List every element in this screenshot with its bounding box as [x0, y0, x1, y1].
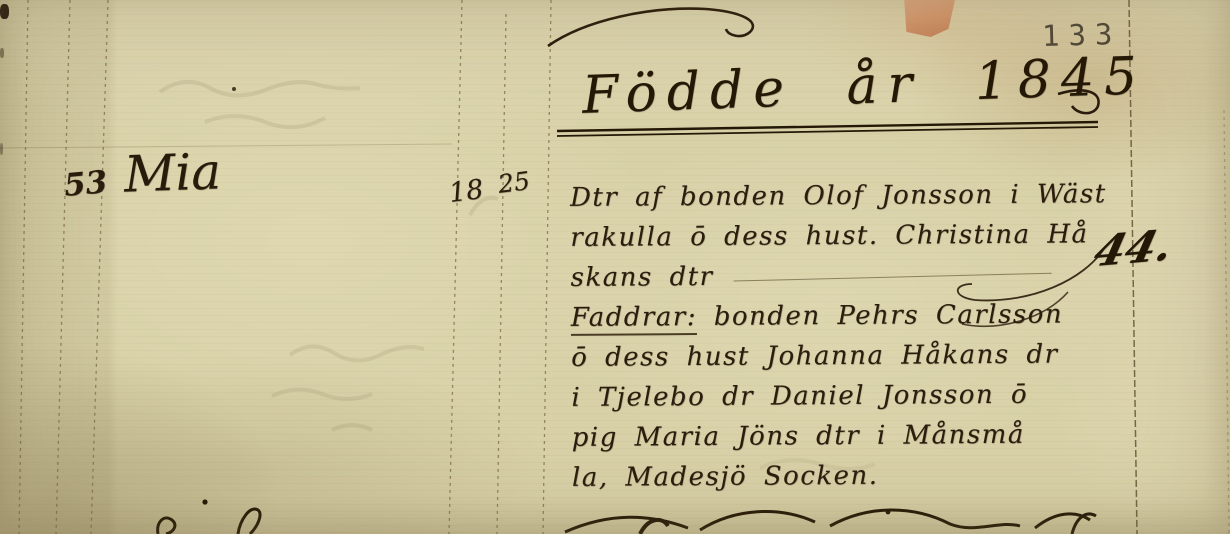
- header-flourish: [548, 9, 753, 46]
- entry-child-name: Mia: [123, 142, 222, 203]
- record-line-3-text: skans dtr: [570, 262, 713, 293]
- filler-dash: [734, 272, 1052, 281]
- record-line-4: Faddrar: bonden Pehrs Carlsson: [571, 294, 1119, 338]
- record-line-7: pig Maria Jöns dtr i Månsmå: [572, 414, 1120, 458]
- record-line-8: la, Madesjö Socken.: [572, 454, 1120, 498]
- entry-date-day: 25: [496, 166, 531, 199]
- faddrar-label: Faddrar:: [571, 302, 697, 336]
- record-line-5: ō dess hust Johanna Håkans dr: [571, 334, 1119, 378]
- scanned-birth-register-page: 133 Födde år 1845 53 Mia 18 25 44. Dtr a…: [0, 0, 1230, 534]
- record-line-6: i Tjelebo dr Daniel Jonsson ō: [571, 374, 1119, 418]
- entry-row-number: 53: [63, 164, 109, 204]
- title-underline: [557, 122, 1098, 136]
- ink-speck: [0, 48, 4, 58]
- record-line-1: Dtr af bonden Olof Jonsson i Wäst: [570, 174, 1118, 218]
- faint-row-rule-line: [0, 144, 452, 148]
- record-line-3: skans dtr: [570, 254, 1118, 298]
- record-line-2: rakulla ō dess hust. Christina Hå: [570, 214, 1118, 258]
- ink-speck: [0, 143, 3, 155]
- entry-record-text: Dtr af bonden Olof Jonsson i Wäst rakull…: [570, 174, 1120, 498]
- ink-speck: [0, 4, 9, 19]
- entry-date-year: 18: [447, 174, 485, 209]
- record-line-4-text: bonden Pehrs Carlsson: [714, 299, 1064, 331]
